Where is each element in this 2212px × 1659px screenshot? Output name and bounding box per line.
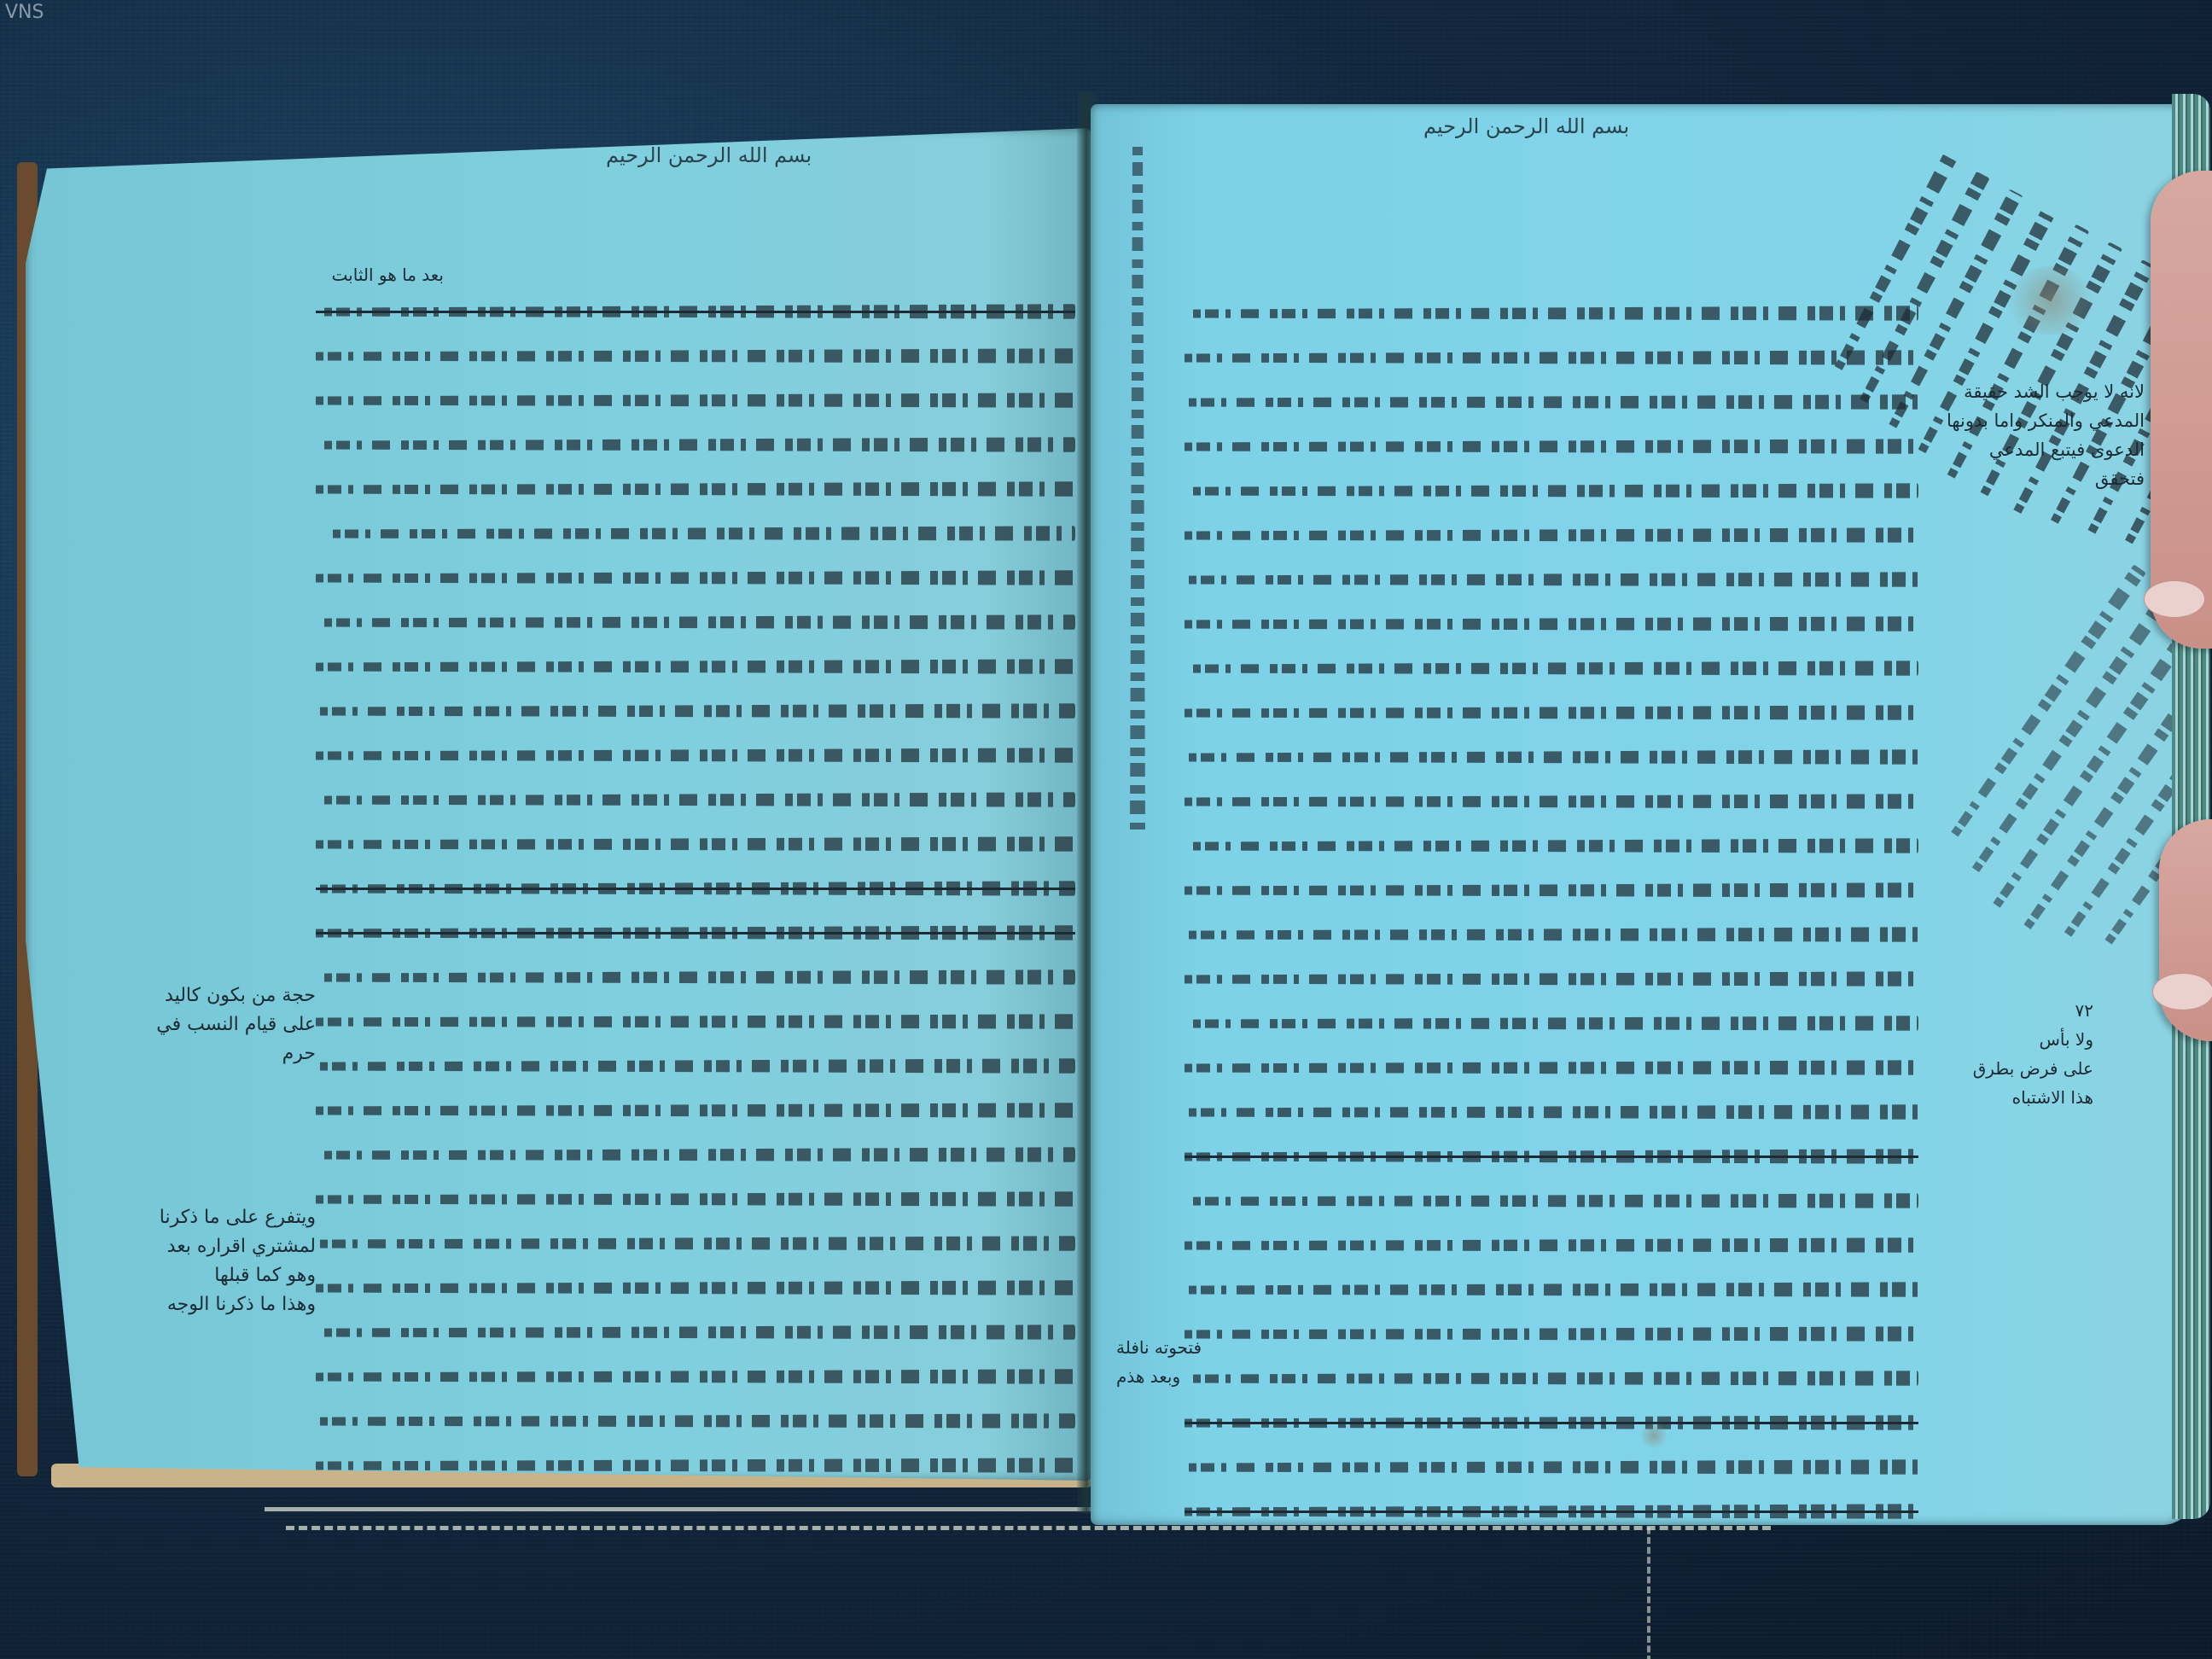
text-line: [1185, 913, 1918, 958]
text-line: [1185, 602, 1918, 647]
right-page-header: بسم الله الرحمن الرحيم: [1423, 114, 1629, 138]
text-line: [316, 956, 1075, 1000]
text-line: [1185, 336, 1918, 381]
text-line: [316, 379, 1075, 423]
text-line: [316, 1089, 1075, 1133]
text-line: [1185, 1224, 1918, 1268]
text-line: [316, 645, 1075, 690]
text-line: [316, 1000, 1075, 1045]
text-line: [1185, 824, 1918, 869]
text-line: [316, 1045, 1075, 1089]
text-line: [1185, 1268, 1918, 1313]
text-line: [316, 468, 1075, 512]
ink-stain: [2008, 266, 2093, 335]
text-line: [1185, 558, 1918, 602]
text-line: [1185, 1357, 1918, 1401]
right-margin-note-lower-left: فتحوته نافلة وبعد هذم: [1116, 1333, 1202, 1391]
text-line: [1185, 469, 1918, 514]
text-line: [316, 556, 1075, 601]
right-margin-note-top: لانه لا يوجب الشد حقيقة المدعي والمنكر و…: [1947, 377, 2145, 493]
text-line: [1185, 736, 1918, 780]
text-line: [1185, 1179, 1918, 1224]
text-line: [1185, 1046, 1918, 1091]
text-line: [1185, 869, 1918, 913]
text-line: [1185, 1401, 1918, 1446]
text-line: [316, 778, 1075, 823]
text-line: [1185, 958, 1918, 1002]
text-line: [1185, 381, 1918, 425]
text-line: [316, 690, 1075, 734]
text-line: [316, 1266, 1075, 1311]
corner-mark: VNS: [5, 2, 44, 23]
text-line: [316, 1133, 1075, 1178]
text-line: [316, 823, 1075, 867]
left-page-main-text: [316, 290, 1075, 1481]
left-margin-note-2: ويتفرع على ما ذكرنا لمشتري اقراره بعد وه…: [160, 1203, 316, 1319]
right-page: بسم الله الرحمن الرحيم: [1091, 104, 2196, 1525]
spine-vertical-text: [1125, 147, 1150, 829]
text-line: [316, 1178, 1075, 1222]
right-margin-note-mid: ٧٢ ولا بأس على فرض بطرق هذا الاشتباه: [1973, 996, 2093, 1112]
table-stitch-vertical: [1647, 1517, 1650, 1659]
text-line: [1185, 1490, 1918, 1525]
text-line: [316, 734, 1075, 778]
text-line: [1185, 1002, 1918, 1046]
text-line: [316, 601, 1075, 645]
text-line: [1185, 514, 1918, 558]
text-line: [1185, 691, 1918, 736]
text-line: [316, 335, 1075, 379]
text-line: [316, 1400, 1075, 1444]
finger-holding-page: [2159, 819, 2212, 1041]
text-line: [1185, 425, 1918, 469]
text-line: [1185, 292, 1918, 336]
text-line: [316, 911, 1075, 956]
text-line: [316, 1355, 1075, 1400]
text-line: [316, 1222, 1075, 1266]
text-line: [1185, 1091, 1918, 1135]
text-line: [1185, 1313, 1918, 1357]
text-line: [1185, 1446, 1918, 1490]
text-line: [316, 1311, 1075, 1355]
text-line: [1185, 647, 1918, 691]
left-page-header: بسم الله الرحمن الرحيم: [606, 143, 812, 167]
text-line: [1185, 780, 1918, 824]
text-line: [316, 423, 1075, 468]
table-stitch-line: [286, 1526, 1771, 1530]
left-page: بسم الله الرحمن الرحيم بعد ما هو الثابت …: [26, 128, 1092, 1481]
text-line: [316, 867, 1075, 911]
text-line: [1185, 1135, 1918, 1179]
ink-stain: [1641, 1423, 1667, 1448]
text-line: [316, 512, 1075, 556]
left-margin-note-1: حجة من بكون كاليد على قيام النسب في حرم: [156, 981, 316, 1068]
left-page-top-note: بعد ما هو الثابت: [332, 260, 444, 289]
text-line: [316, 290, 1075, 335]
thumb-holding-page: [2151, 171, 2212, 649]
right-page-main-text: [1185, 292, 1918, 1525]
